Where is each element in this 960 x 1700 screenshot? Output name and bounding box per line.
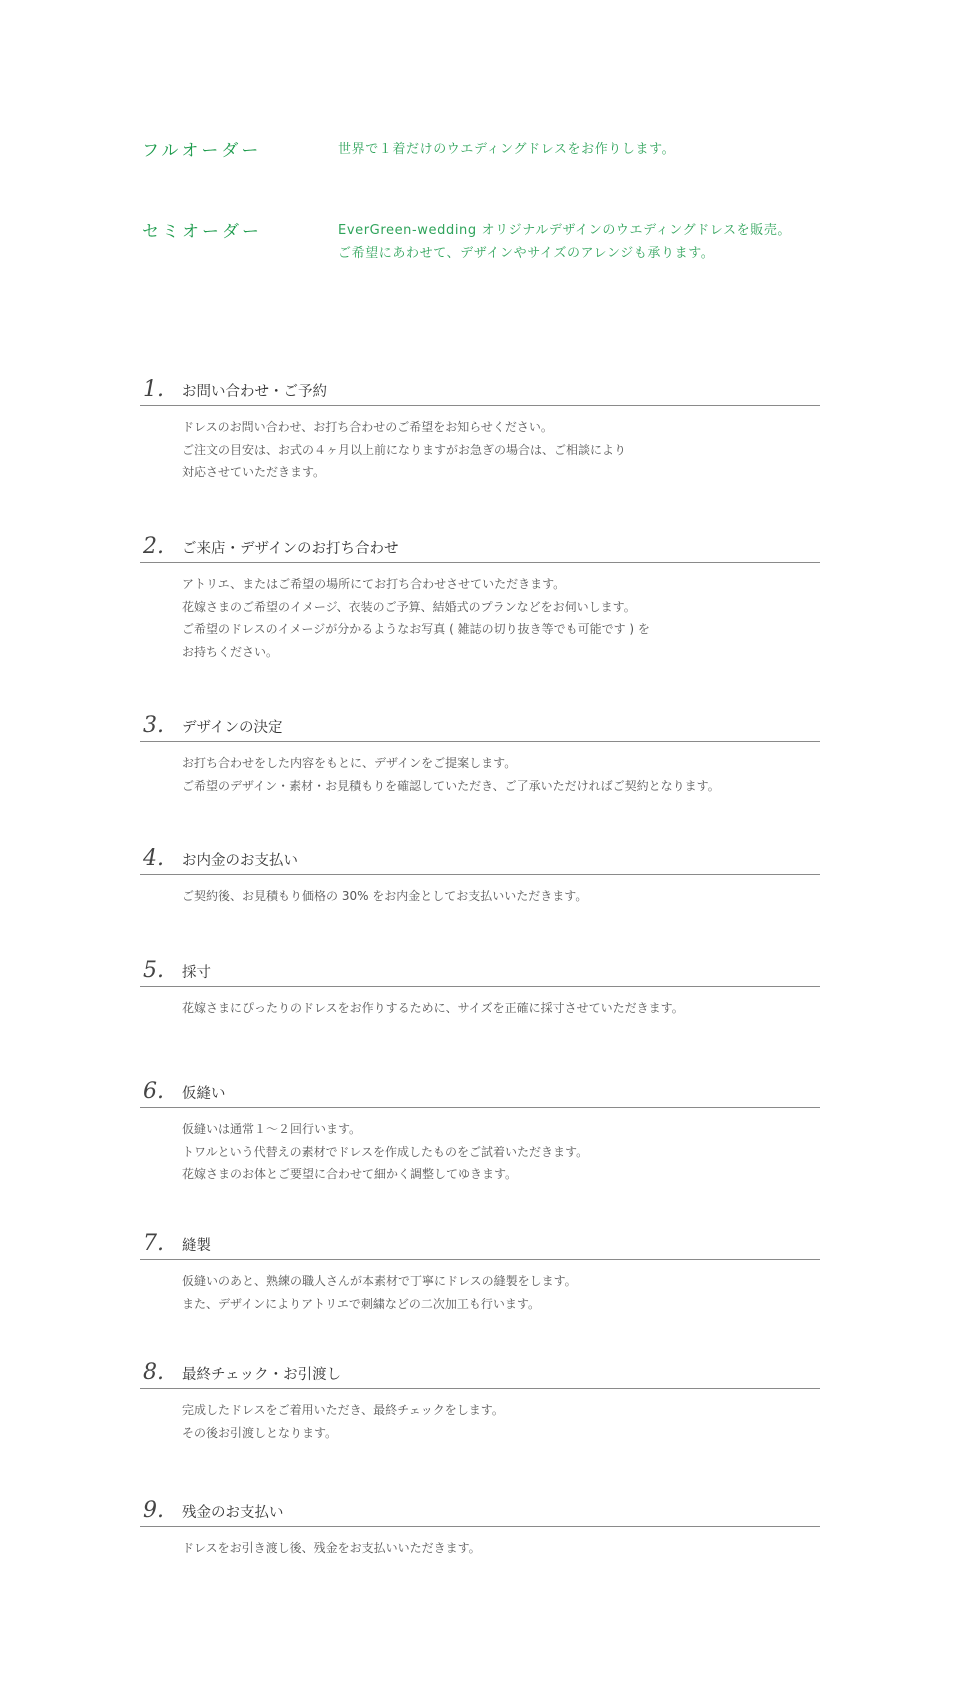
step-5: 5. 採寸 花嫁さまにぴったりのドレスをお作りするために、サイズを正確に採寸させ… (140, 960, 820, 1020)
step-title: お問い合わせ・ご予約 (182, 381, 327, 403)
body-line: 仮縫いのあと、熟練の職人さんが本素材で丁寧にドレスの縫製をします。 (182, 1270, 820, 1293)
step-title: 仮縫い (182, 1083, 226, 1105)
body-line: その後お引渡しとなります。 (182, 1422, 820, 1445)
step-number: 7. (143, 1231, 164, 1257)
body-line: 花嫁さまのご希望のイメージ、衣装のご予算、結婚式のプランなどをお伺いします。 (182, 596, 820, 619)
step-body: 花嫁さまにぴったりのドレスをお作りするために、サイズを正確に採寸させていただきま… (140, 997, 820, 1020)
step-body: 完成したドレスをご着用いただき、最終チェックをします。 その後お引渡しとなります… (140, 1399, 820, 1444)
step-heading: 5. 採寸 (140, 960, 820, 987)
step-heading: 1. お問い合わせ・ご予約 (140, 379, 820, 406)
step-title: 採寸 (182, 962, 211, 984)
body-line: ご希望のドレスのイメージが分かるようなお写真 ( 雑誌の切り抜き等でも可能です … (182, 618, 820, 641)
body-line: 花嫁さまにぴったりのドレスをお作りするために、サイズを正確に採寸させていただきま… (182, 997, 820, 1020)
step-body: 仮縫いのあと、熟練の職人さんが本素材で丁寧にドレスの縫製をします。 また、デザイ… (140, 1270, 820, 1315)
step-number: 4. (143, 846, 164, 872)
step-body: 仮縫いは通常１～２回行います。 トワルという代替えの素材でドレスを作成したものを… (140, 1118, 820, 1186)
step-2: 2. ご来店・デザインのお打ち合わせ アトリエ、またはご希望の場所にてお打ち合わ… (140, 536, 820, 663)
description-line: 世界で１着だけのウエディングドレスをお作りします。 (338, 138, 675, 161)
step-body: ドレスのお問い合わせ、お打ち合わせのご希望をお知らせください。 ご注文の目安は、… (140, 416, 820, 484)
step-body: ご契約後、お見積もり価格の 30% をお内金としてお支払いいただきます。 (140, 885, 820, 908)
body-line: ドレスのお問い合わせ、お打ち合わせのご希望をお知らせください。 (182, 416, 820, 439)
body-line: ドレスをお引き渡し後、残金をお支払いいただきます。 (182, 1537, 820, 1560)
order-type-description: EverGreen-wedding オリジナルデザインのウエディングドレスを販売… (338, 219, 791, 265)
step-6: 6. 仮縫い 仮縫いは通常１～２回行います。 トワルという代替えの素材でドレスを… (140, 1081, 820, 1186)
order-type-description: 世界で１着だけのウエディングドレスをお作りします。 (338, 138, 675, 161)
step-number: 9. (143, 1498, 164, 1524)
step-title: 縫製 (182, 1235, 211, 1257)
step-title: ご来店・デザインのお打ち合わせ (182, 538, 398, 560)
description-line: EverGreen-wedding オリジナルデザインのウエディングドレスを販売… (338, 219, 791, 242)
body-line: また、デザインによりアトリエで刺繍などの二次加工も行います。 (182, 1293, 820, 1316)
step-body: ドレスをお引き渡し後、残金をお支払いいただきます。 (140, 1537, 820, 1560)
body-line: トワルという代替えの素材でドレスを作成したものをご試着いただきます。 (182, 1141, 820, 1164)
body-line: アトリエ、またはご希望の場所にてお打ち合わせさせていただきます。 (182, 573, 820, 596)
step-number: 1. (143, 377, 164, 403)
step-title: 残金のお支払い (182, 1502, 284, 1524)
body-line: ご希望のデザイン・素材・お見積もりを確認していただき、ご了承いただければご契約と… (182, 775, 820, 798)
body-line: 完成したドレスをご着用いただき、最終チェックをします。 (182, 1399, 820, 1422)
step-heading: 4. お内金のお支払い (140, 848, 820, 875)
step-7: 7. 縫製 仮縫いのあと、熟練の職人さんが本素材で丁寧にドレスの縫製をします。 … (140, 1233, 820, 1315)
body-line: 仮縫いは通常１～２回行います。 (182, 1118, 820, 1141)
body-line: お持ちください。 (182, 641, 820, 664)
description-line: ご希望にあわせて、デザインやサイズのアレンジも承ります。 (338, 242, 791, 265)
step-8: 8. 最終チェック・お引渡し 完成したドレスをご着用いただき、最終チェックをしま… (140, 1362, 820, 1444)
body-line: ご契約後、お見積もり価格の 30% をお内金としてお支払いいただきます。 (182, 885, 820, 908)
step-heading: 8. 最終チェック・お引渡し (140, 1362, 820, 1389)
step-title: デザインの決定 (182, 717, 282, 739)
step-3: 3. デザインの決定 お打ち合わせをした内容をもとに、デザインをご提案します。 … (140, 715, 820, 797)
order-type-label: フルオーダー (142, 136, 261, 161)
step-4: 4. お内金のお支払い ご契約後、お見積もり価格の 30% をお内金としてお支払… (140, 848, 820, 908)
step-heading: 7. 縫製 (140, 1233, 820, 1260)
step-heading: 9. 残金のお支払い (140, 1500, 820, 1527)
step-number: 8. (143, 1360, 164, 1386)
step-number: 2. (143, 534, 164, 560)
step-body: アトリエ、またはご希望の場所にてお打ち合わせさせていただきます。 花嫁さまのご希… (140, 573, 820, 663)
step-heading: 6. 仮縫い (140, 1081, 820, 1108)
body-line: ご注文の目安は、お式の４ヶ月以上前になりますがお急ぎの場合は、ご相談により (182, 439, 820, 462)
step-number: 6. (143, 1079, 164, 1105)
step-title: お内金のお支払い (182, 850, 298, 872)
step-9: 9. 残金のお支払い ドレスをお引き渡し後、残金をお支払いいただきます。 (140, 1500, 820, 1560)
step-title: 最終チェック・お引渡し (182, 1364, 341, 1386)
body-line: 花嫁さまのお体とご要望に合わせて細かく調整してゆきます。 (182, 1163, 820, 1186)
step-heading: 3. デザインの決定 (140, 715, 820, 742)
step-heading: 2. ご来店・デザインのお打ち合わせ (140, 536, 820, 563)
step-1: 1. お問い合わせ・ご予約 ドレスのお問い合わせ、お打ち合わせのご希望をお知らせ… (140, 379, 820, 484)
step-number: 5. (143, 958, 164, 984)
step-body: お打ち合わせをした内容をもとに、デザインをご提案します。 ご希望のデザイン・素材… (140, 752, 820, 797)
step-number: 3. (143, 713, 164, 739)
order-type-label: セミオーダー (142, 217, 262, 242)
body-line: お打ち合わせをした内容をもとに、デザインをご提案します。 (182, 752, 820, 775)
body-line: 対応させていただきます。 (182, 461, 820, 484)
